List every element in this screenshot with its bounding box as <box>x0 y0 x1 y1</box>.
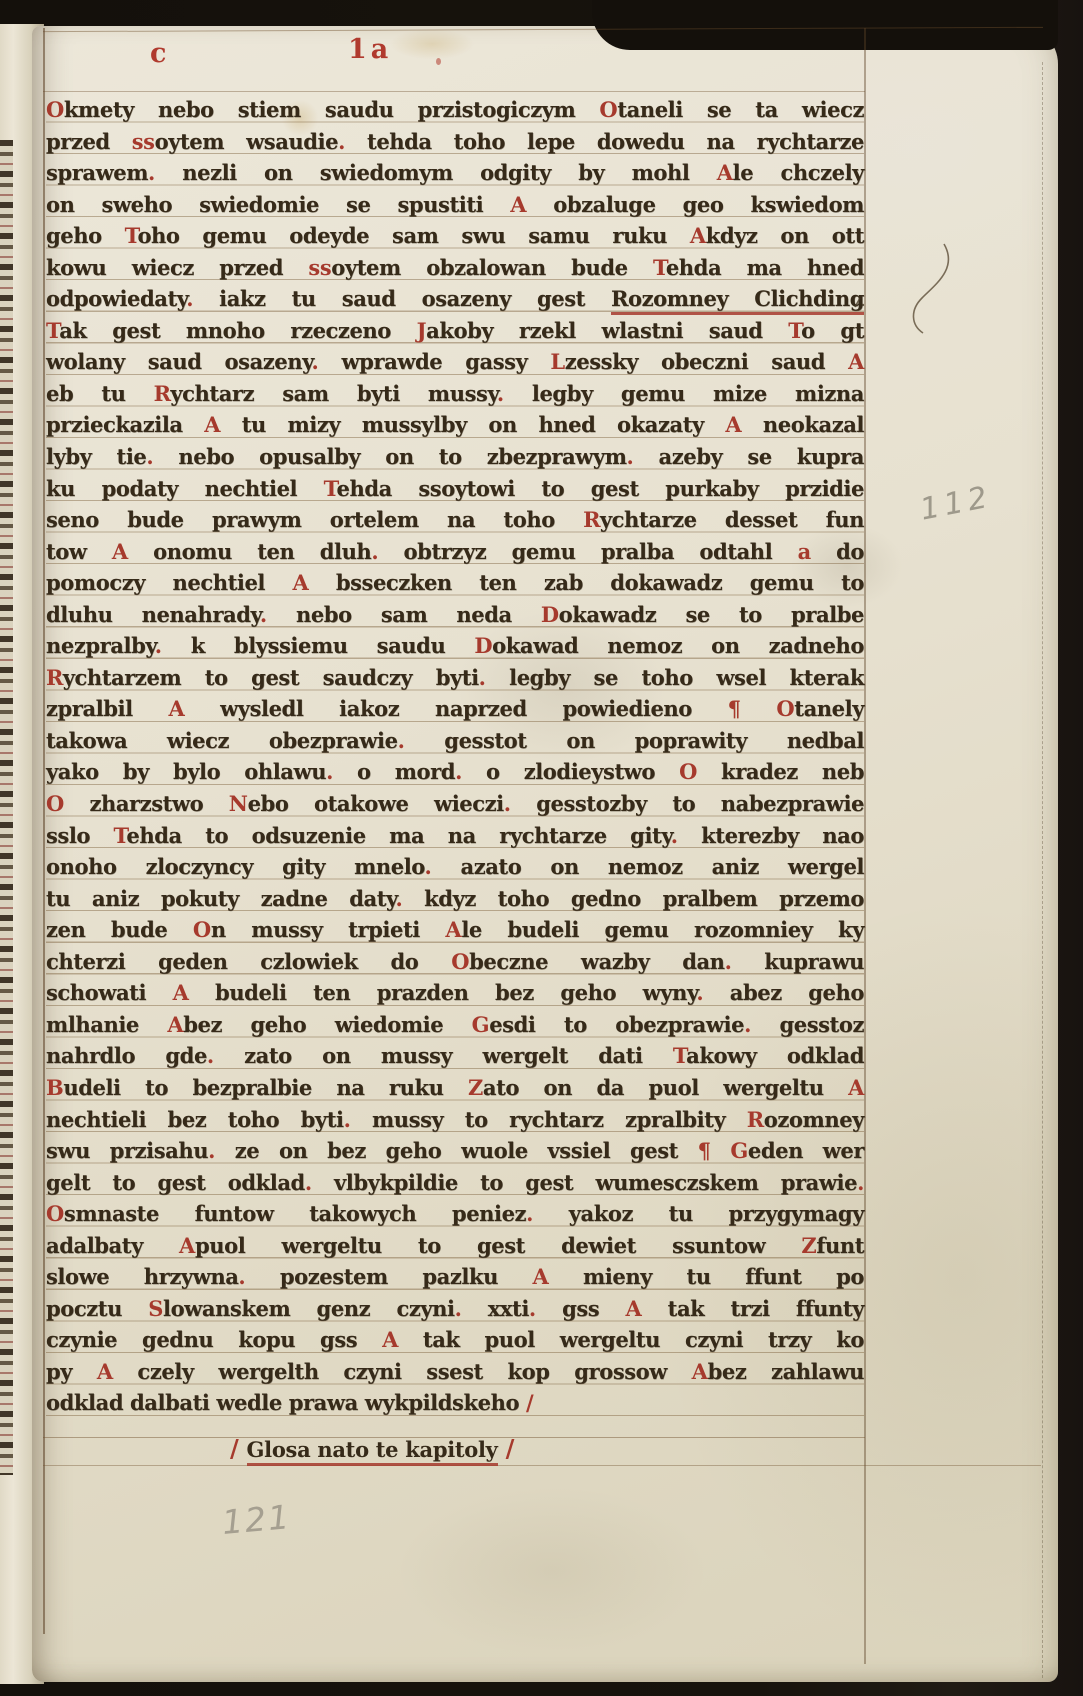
ink-text: budeli ten prazden bez geho wyny <box>188 980 696 1005</box>
rubric-mark: T <box>46 318 59 343</box>
ink-text: zharzstwo <box>64 791 229 816</box>
pen-flourish-mark <box>898 240 960 338</box>
ink-text <box>741 696 777 721</box>
ink-text: esdi to obezprawie <box>489 1012 744 1037</box>
ink-text: ku podaty nechtiel <box>46 476 324 501</box>
rubric-mark: A <box>173 980 189 1005</box>
ink-text: on sweho swiedomie se spustiti <box>46 192 510 217</box>
rubric-mark: A <box>112 539 128 564</box>
rubric-mark: . <box>344 1107 351 1132</box>
ink-text: pozestem pazlku <box>245 1264 532 1289</box>
rubric-mark: . <box>260 602 267 627</box>
text-line: geho Toho gemu odeyde sam swu samu ruku … <box>46 220 864 252</box>
pencil-note-bottom: 121 <box>220 1497 292 1542</box>
text-line: pomoczy nechtiel A bsseczken ten zab dok… <box>46 567 864 599</box>
rubric-mark: T <box>673 1043 686 1068</box>
text-line: wolany saud osazeny. wprawde gassy Lzess… <box>46 346 864 378</box>
rubric-mark: L <box>550 349 564 374</box>
rubric-mark: T <box>788 318 801 343</box>
ink-text: przed <box>46 129 132 154</box>
ink-text: wprawde gassy <box>318 349 550 374</box>
ink-text: nebo opusalby on to zbezprawym <box>153 444 626 469</box>
rubric-mark: . <box>497 381 504 406</box>
ink-text: pomoczy nechtiel <box>46 570 292 595</box>
facing-page-edge <box>0 140 13 1475</box>
pen-tick-mark <box>852 294 866 310</box>
ink-text: sprawem <box>46 160 148 185</box>
ink-text: wysledl iakoz naprzed powiedieno <box>184 696 727 721</box>
rubric-mark: O <box>193 917 211 942</box>
rubric-mark: O <box>46 1201 64 1226</box>
rubric-mark: A <box>382 1327 398 1352</box>
rubric-mark: A <box>725 412 741 437</box>
rubric-mark: J <box>417 318 427 343</box>
ruling-line-footer-b <box>43 1465 1041 1466</box>
ink-text: do <box>811 539 864 564</box>
closing-rubric: / Glosa nato te kapitoly / <box>230 1434 514 1463</box>
ink-text: taneli se ta wiecz <box>617 97 864 122</box>
ink-text: kradez neb <box>697 759 864 784</box>
rubric-mark: A <box>717 160 733 185</box>
rubric-mark: ¶ <box>728 696 741 721</box>
ink-text: odklad dalbati wedle prawa wykpildskeho <box>46 1390 526 1415</box>
ink-text: beczne wazby dan <box>469 949 724 974</box>
ink-text: udeli to bezpralbie na ruku <box>63 1075 468 1100</box>
ink-text: oytem wsaudie <box>155 129 339 154</box>
ink-text: akoby rzekl wlastni saud <box>426 318 788 343</box>
text-line: sprawem. nezli on swiedomym odgity by mo… <box>46 157 864 189</box>
text-line: adalbaty Apuol wergeltu to gest dewiet s… <box>46 1230 864 1262</box>
ink-text: xxti <box>462 1296 529 1321</box>
ink-text: ychtarzem to gest saudczy byti <box>63 665 479 690</box>
text-line: O zharzstwo Nebo otakowe wieczi. gesstoz… <box>46 788 864 820</box>
ink-text: ze on bez geho wuole vssiel gest <box>215 1138 698 1163</box>
rubric-mark: . <box>148 160 155 185</box>
ink-text: gesstot on poprawity nedbal <box>405 728 864 753</box>
rubric-mark: T <box>653 255 666 280</box>
ink-speck <box>436 58 441 65</box>
ruling-line-right <box>864 28 866 1664</box>
ink-text: nezpralby <box>46 633 155 658</box>
rubric-mark: / <box>230 1434 247 1463</box>
text-line: przieckazila A tu mizy mussylby on hned … <box>46 409 864 441</box>
rubric-mark: O <box>599 97 617 122</box>
rubric-mark: R <box>154 381 171 406</box>
ink-text: sslo <box>46 823 114 848</box>
ink-text: smnaste funtow takowych peniez <box>64 1201 526 1226</box>
ink-text: mussy to rychtarz zpralbity <box>351 1107 747 1132</box>
rubric-mark: a <box>798 539 811 564</box>
rubric-mark: O <box>451 949 469 974</box>
ink-text: le budeli gemu rozomniey ky <box>461 917 864 942</box>
ink-text: ozomney <box>764 1107 864 1132</box>
text-line: odpowiedaty. iakz tu saud osazeny gest R… <box>46 283 864 315</box>
rubric-mark: G <box>730 1138 748 1163</box>
ink-text: okawad nemoz on zadneho <box>492 633 864 658</box>
text-line: onoho zloczyncy gity mnelo. azato on nem… <box>46 851 864 883</box>
ink-text: tak puol wergeltu czyni trzy ko <box>398 1327 864 1352</box>
rubric-mark: . <box>207 1043 214 1068</box>
rubric-mark: A <box>97 1359 113 1384</box>
rubric-mark: . <box>155 633 162 658</box>
ink-text: tehda toho lepe dowedu na rychtarze <box>345 129 864 154</box>
text-line: gelt to gest odklad. vlbykpildie to gest… <box>46 1167 864 1199</box>
ink-text: ehda to odsuzenie ma na rychtarze gity <box>126 823 670 848</box>
rubric-mark: D <box>474 633 492 658</box>
rubric-mark: O <box>46 791 64 816</box>
rubric-mark: . <box>305 1170 312 1195</box>
ruling-line-fore-edge <box>1042 62 1043 1678</box>
text-line: eb tu Rychtarz sam byti mussy. legby gem… <box>46 378 864 410</box>
ink-text: n mussy trpieti <box>211 917 446 942</box>
ink-text: schowati <box>46 980 173 1005</box>
ink-text: tanely <box>794 696 864 721</box>
text-line: mlhanie Abez geho wiedomie Gesdi to obez… <box>46 1009 864 1041</box>
ink-text: kterezby nao <box>678 823 864 848</box>
rubric-mark: A <box>533 1264 549 1289</box>
ink-text: zpralbil <box>46 696 168 721</box>
ink-text: gesstoz <box>751 1012 864 1037</box>
rubric-mark: A <box>510 192 526 217</box>
ink-text: ehda ssoytowi to gest purkaby przidie <box>336 476 864 501</box>
text-line: zpralbil A wysledl iakoz naprzed powiedi… <box>46 693 864 725</box>
ink-text: nechtieli bez toho byti <box>46 1107 344 1132</box>
ink-text: gss <box>536 1296 626 1321</box>
ink-text: eb tu <box>46 381 154 406</box>
ink-text: kuprawu <box>731 949 864 974</box>
ink-text: przieckazila <box>46 412 204 437</box>
rubric-mark: S <box>148 1296 163 1321</box>
rubric-mark: A <box>292 570 308 595</box>
rubric-mark: T <box>125 223 138 248</box>
text-line: Osmnaste funtow takowych peniez. yakoz t… <box>46 1198 864 1230</box>
rubric-mark: R <box>747 1107 764 1132</box>
text-line: nechtieli bez toho byti. mussy to rychta… <box>46 1104 864 1136</box>
ink-text: ebo otakowe wieczi <box>248 791 504 816</box>
text-line: schowati A budeli ten prazden bez geho w… <box>46 977 864 1009</box>
rubric-mark: G <box>472 1012 490 1037</box>
text-line: kowu wiecz przed ssoytem obzalowan bude … <box>46 252 864 284</box>
rubric-mark: Z <box>468 1075 483 1100</box>
text-line: czynie gednu kopu gss A tak puol wergelt… <box>46 1324 864 1356</box>
rubric-mark: A <box>848 1075 864 1100</box>
ink-text: okawadz se to pralbe <box>559 602 864 627</box>
ink-text: czynie gednu kopu gss <box>46 1327 382 1352</box>
ink-text: nahrdlo gde <box>46 1043 207 1068</box>
rubric-mark: O <box>46 97 64 122</box>
ink-text: wolany saud osazeny <box>46 349 312 374</box>
manuscript-photo: c 1a Okmety nebo stiem saudu przistogicz… <box>0 0 1083 1696</box>
ink-text: oho gemu odeyde sam swu samu ruku <box>137 223 689 248</box>
rubric-mark: . <box>504 791 511 816</box>
text-line: tu aniz pokuty zadne daty. kdyz toho ged… <box>46 883 864 915</box>
text-line: zen bude On mussy trpieti Ale budeli gem… <box>46 914 864 946</box>
ink-text: puol wergeltu to gest dewiet ssuntow <box>195 1233 801 1258</box>
ink-text: lowanskem genz czyni <box>163 1296 455 1321</box>
text-line: py A czely wergelth czyni ssest kop gros… <box>46 1356 864 1388</box>
rubric-mark: . <box>208 1138 215 1163</box>
rubric-mark: O <box>679 759 697 784</box>
rubric-mark: A <box>690 223 706 248</box>
ink-text: ychtarze desset fun <box>600 507 864 532</box>
ink-text: zen bude <box>46 917 193 942</box>
rubric-mark: Z <box>801 1233 816 1258</box>
rubric-mark: A <box>179 1233 195 1258</box>
ink-text: mlhanie <box>46 1012 167 1037</box>
ink-text: vlbykpildie to gest wumesczskem prawie <box>312 1170 857 1195</box>
ink-text: ato on da puol wergeltu <box>483 1075 848 1100</box>
rubric-mark: ss <box>308 255 331 280</box>
text-line: tow A onomu ten dluh. obtrzyz gemu pralb… <box>46 536 864 568</box>
ink-text: nebo sam neda <box>267 602 541 627</box>
rubric-mark: A <box>625 1296 641 1321</box>
rubric-mark: . <box>529 1296 536 1321</box>
ink-text: swu przisahu <box>46 1138 208 1163</box>
ink-text: py <box>46 1359 97 1384</box>
ink-text: obzaluge geo kswiedom <box>526 192 864 217</box>
ink-text: neokazal <box>741 412 864 437</box>
text-line: Tak gest mnoho rzeczeno Jakoby rzekl wla… <box>46 315 864 347</box>
text-line: ku podaty nechtiel Tehda ssoytowi to ges… <box>46 473 864 505</box>
ink-text: bsseczken ten zab dokawadz gemu to <box>308 570 864 595</box>
ink-text: adalbaty <box>46 1233 179 1258</box>
text-line: seno bude prawym ortelem na toho Rychtar… <box>46 504 864 536</box>
rubric-mark: . <box>398 728 405 753</box>
rubric-mark: . <box>455 759 462 784</box>
text-line: nahrdlo gde. zato on mussy wergelt dati … <box>46 1040 864 1072</box>
text-line: Okmety nebo stiem saudu przistogiczym Ot… <box>46 94 864 126</box>
ink-text: lyby tie <box>46 444 146 469</box>
ruling-line-left <box>43 28 45 1634</box>
text-line: on sweho swiedomie se spustiti A obzalug… <box>46 189 864 221</box>
ink-text: tu aniz pokuty zadne daty <box>46 886 395 911</box>
ink-text: onoho zloczyncy gity mnelo <box>46 854 425 879</box>
rubric-mark: . <box>326 759 333 784</box>
ink-text: o mord <box>333 759 455 784</box>
text-line: sslo Tehda to odsuzenie ma na rychtarze … <box>46 820 864 852</box>
text-line: lyby tie. nebo opusalby on to zbezprawym… <box>46 441 864 473</box>
ink-text <box>711 1138 731 1163</box>
ink-text: yakoz tu przygymagy <box>533 1201 864 1226</box>
rubric-mark: . <box>338 129 345 154</box>
ink-text: kdyz toho gedno pralbem przemo <box>402 886 864 911</box>
rubric-mark: . <box>744 1012 751 1037</box>
ink-text: ychtarz sam byti mussy <box>170 381 496 406</box>
rubric-mark: R <box>583 507 600 532</box>
text-line: takowa wiecz obezprawie. gesstot on popr… <box>46 725 864 757</box>
ink-text: bez geho wiedomie <box>183 1012 471 1037</box>
ink-text: nezli on swiedomym odgity by mohl <box>155 160 717 185</box>
text-line: yako by bylo ohlawu. o mord. o zlodieyst… <box>46 756 864 788</box>
text-line: slowe hrzywna. pozestem pazlku A mieny t… <box>46 1261 864 1293</box>
rubric-mark: . <box>479 665 486 690</box>
rubric-mark: N <box>229 791 248 816</box>
text-lines: Okmety nebo stiem saudu przistogiczym Ot… <box>46 94 864 1419</box>
rubric-mark: . <box>455 1296 462 1321</box>
rubric-mark: ss <box>132 129 155 154</box>
rubric-mark: / <box>498 1434 515 1463</box>
ink-text: chterzi geden czlowiek do <box>46 949 451 974</box>
ink-text: le chczely <box>733 160 864 185</box>
ink-text: tu mizy mussylby on hned okazaty <box>220 412 725 437</box>
text-line: swu przisahu. ze on bez geho wuole vssie… <box>46 1135 864 1167</box>
rubric-mark: A <box>204 412 220 437</box>
text-line: chterzi geden czlowiek do Obeczne wazby … <box>46 946 864 978</box>
rubric-mark: . <box>671 823 678 848</box>
text-line: przed ssoytem wsaudie. tehda toho lepe d… <box>46 126 864 158</box>
ink-text: bez zahlawu <box>708 1359 864 1384</box>
ink-text: funt <box>816 1233 864 1258</box>
text-line: odklad dalbati wedle prawa wykpildskeho … <box>46 1387 864 1419</box>
ink-text: seno bude prawym ortelem na toho <box>46 507 583 532</box>
rubric-mark: D <box>541 602 559 627</box>
ink-text: gelt to gest odklad <box>46 1170 305 1195</box>
ink-text: iakz tu saud osazeny gest <box>193 286 611 311</box>
text-line: pocztu Slowanskem genz czyni. xxti. gss … <box>46 1293 864 1325</box>
ink-text: dluhu nenahrady <box>46 602 260 627</box>
rubric-mark: A <box>445 917 461 942</box>
text-line: nezpralby. k blyssiemu saudu Dokawad nem… <box>46 630 864 662</box>
ink-text: kowu wiecz przed <box>46 255 308 280</box>
ink-text: geho <box>46 223 125 248</box>
ink-text: obtrzyz gemu pralba odtahl <box>378 539 797 564</box>
rubric-mark: . <box>526 1201 533 1226</box>
ink-text: abez geho <box>703 980 864 1005</box>
ink-text: kdyz on ott <box>706 223 864 248</box>
ink-text: legby gemu mize mizna <box>504 381 864 406</box>
text-line: dluhu nenahrady. nebo sam neda Dokawadz … <box>46 599 864 631</box>
ink-text: akowy odklad <box>686 1043 864 1068</box>
ink-text: yako by bylo ohlawu <box>46 759 326 784</box>
ink-text: slowe hrzywna <box>46 1264 238 1289</box>
ink-text: ehda ma hned <box>666 255 864 280</box>
quire-mark: c <box>150 38 166 69</box>
ink-text: zessky obeczni saud <box>565 349 848 374</box>
ink-text: kmety nebo stiem saudu przistogiczym <box>64 97 600 122</box>
rubric-mark: B <box>46 1075 63 1100</box>
ink-text: pocztu <box>46 1296 148 1321</box>
ink-text: legby se toho wsel kterak <box>486 665 864 690</box>
ink-text: oytem obzalowan bude <box>331 255 653 280</box>
folio-mark: 1a <box>348 34 392 65</box>
text-line: Budeli to bezpralbie na ruku Zato on da … <box>46 1072 864 1104</box>
ink-text: tow <box>46 539 112 564</box>
ink-text: o gt <box>801 318 864 343</box>
rubric-mark: ¶ <box>698 1138 711 1163</box>
ink-text: odpowiedaty <box>46 286 186 311</box>
rubric-mark: / <box>526 1390 533 1415</box>
red-underlined-text: Glosa nato te kapitoly <box>247 1437 498 1466</box>
text-block: Okmety nebo stiem saudu przistogiczym Ot… <box>46 94 864 1419</box>
rubric-mark: A <box>167 1012 183 1037</box>
ink-text: azeby se kupra <box>633 444 864 469</box>
top-binding-shadow <box>592 0 1058 50</box>
ink-text: azato on nemoz aniz wergel <box>431 854 864 879</box>
ink-text: k blyssiemu saudu <box>162 633 475 658</box>
rubric-mark: A <box>168 696 184 721</box>
ink-text: mieny tu ffunt po <box>548 1264 864 1289</box>
ink-text: tak trzi ffunty <box>641 1296 864 1321</box>
red-underlined-text: Rozomney Clichding <box>611 286 864 315</box>
rubric-mark: R <box>46 665 63 690</box>
ruling-line-header <box>43 91 865 92</box>
ink-text: o zlodieystwo <box>462 759 679 784</box>
ink-text: ak gest mnoho rzeczeno <box>59 318 416 343</box>
rubric-mark: A <box>692 1359 708 1384</box>
rubric-mark: . <box>857 1170 864 1195</box>
ink-text: zato on mussy wergelt dati <box>214 1043 673 1068</box>
ink-text: onomu ten dluh <box>128 539 371 564</box>
ink-text: gesstozby to nabezprawie <box>511 791 864 816</box>
rubric-mark: A <box>848 349 864 374</box>
ink-text: takowa wiecz obezprawie <box>46 728 398 753</box>
rubric-mark: T <box>114 823 127 848</box>
rubric-mark: O <box>776 696 794 721</box>
text-line: Rychtarzem to gest saudczy byti. legby s… <box>46 662 864 694</box>
ink-text: czely wergelth czyni ssest kop grossow <box>113 1359 692 1384</box>
rubric-mark: T <box>324 476 337 501</box>
ink-text: eden wer <box>748 1138 864 1163</box>
